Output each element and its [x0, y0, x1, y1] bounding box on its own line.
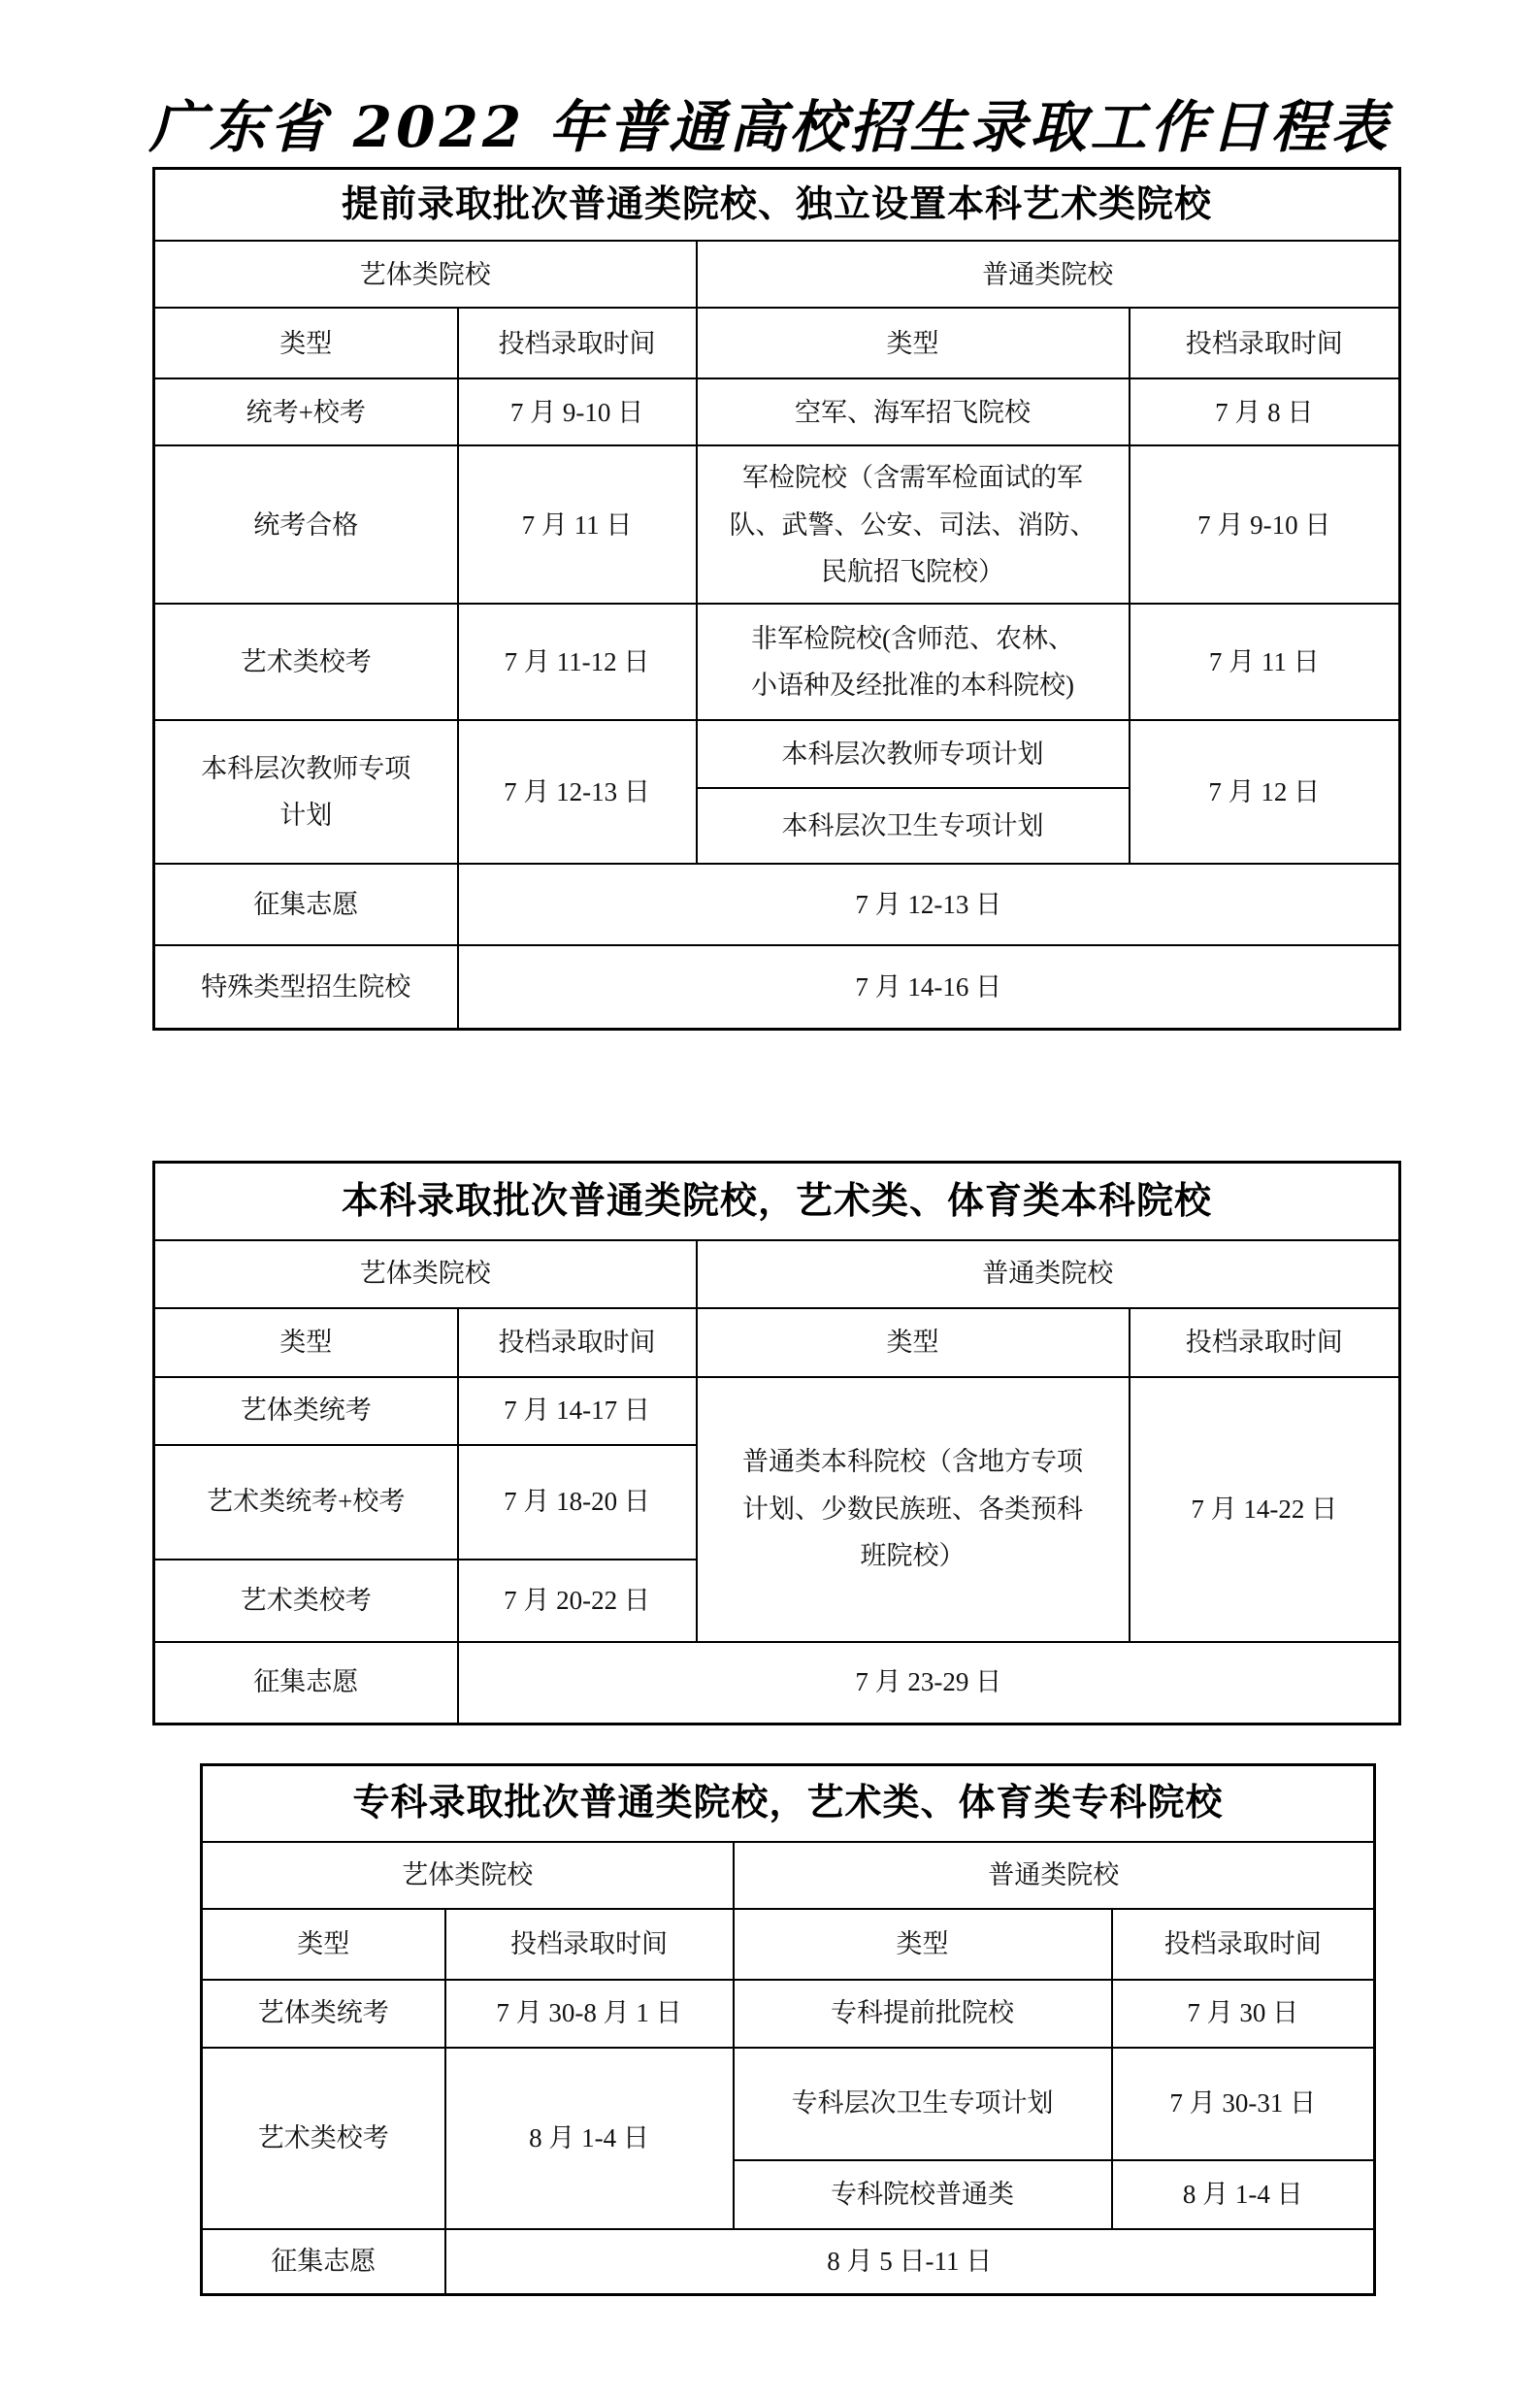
undergraduate-batch-table: 本科录取批次普通类院校，艺术类、体育类本科院校 艺体类院校 普通类院校 类型 投…: [152, 1161, 1401, 1725]
gen-type-cell: 专科提前批院校: [734, 1980, 1112, 2048]
col-header-time: 投档录取时间: [458, 308, 697, 378]
gen-time-cell: 7 月 30 日: [1112, 1980, 1375, 2048]
art-type-cell: 艺体类统考: [154, 1377, 458, 1445]
table-title: 专科录取批次普通类院校，艺术类、体育类专科院校: [202, 1765, 1375, 1842]
group-header-general: 普通类院校: [697, 1240, 1400, 1308]
special-type-label: 特殊类型招生院校: [154, 945, 458, 1029]
group-header-art: 艺体类院校: [154, 1240, 697, 1308]
col-header-type: 类型: [154, 308, 458, 378]
document-page: 广东省 2022 年普通高校招生录取工作日程表 提前录取批次普通类院校、独立设置…: [0, 0, 1540, 2398]
art-type-cell: 艺术类校考: [154, 1560, 458, 1642]
art-time-cell: 7 月 18-20 日: [458, 1445, 697, 1560]
art-type-cell: 艺术类校考: [202, 2048, 445, 2229]
gen-type-cell: 军检院校（含需军检面试的军 队、武警、公安、司法、消防、 民航招飞院校）: [697, 445, 1130, 604]
col-header-time: 投档录取时间: [458, 1308, 697, 1377]
call-volunteer-time: 7 月 12-13 日: [458, 864, 1400, 945]
col-header-time: 投档录取时间: [445, 1909, 734, 1980]
col-header-type: 类型: [734, 1909, 1112, 1980]
art-time-cell: 8 月 1-4 日: [445, 2048, 734, 2229]
col-header-type: 类型: [697, 308, 1130, 378]
art-time-cell: 7 月 11 日: [458, 445, 697, 604]
call-volunteer-label: 征集志愿: [154, 864, 458, 945]
gen-time-cell: 7 月 12 日: [1130, 720, 1400, 864]
art-type-cell: 艺体类统考: [202, 1980, 445, 2048]
junior-college-batch-table: 专科录取批次普通类院校，艺术类、体育类专科院校 艺体类院校 普通类院校 类型 投…: [200, 1763, 1376, 2296]
group-header-art: 艺体类院校: [154, 241, 697, 308]
table-title: 提前录取批次普通类院校、独立设置本科艺术类院校: [154, 169, 1400, 242]
call-volunteer-label: 征集志愿: [154, 1642, 458, 1725]
gen-type-cell: 普通类本科院校（含地方专项 计划、少数民族班、各类预科 班院校）: [697, 1377, 1130, 1642]
col-header-type: 类型: [697, 1308, 1130, 1377]
group-header-art: 艺体类院校: [202, 1842, 734, 1909]
special-type-time: 7 月 14-16 日: [458, 945, 1400, 1029]
art-type-cell: 艺术类校考: [154, 604, 458, 720]
gen-type-cell: 专科院校普通类: [734, 2160, 1112, 2229]
col-header-time: 投档录取时间: [1130, 308, 1400, 378]
gen-time-cell: 7 月 11 日: [1130, 604, 1400, 720]
art-time-cell: 7 月 30-8 月 1 日: [445, 1980, 734, 2048]
call-volunteer-time: 8 月 5 日-11 日: [445, 2229, 1375, 2295]
gen-time-cell: 7 月 9-10 日: [1130, 445, 1400, 604]
gen-type-cell: 本科层次卫生专项计划: [697, 788, 1130, 864]
art-type-cell: 本科层次教师专项 计划: [154, 720, 458, 864]
art-time-cell: 7 月 20-22 日: [458, 1560, 697, 1642]
art-time-cell: 7 月 11-12 日: [458, 604, 697, 720]
gen-type-cell: 空军、海军招飞院校: [697, 378, 1130, 445]
gen-type-cell: 专科层次卫生专项计划: [734, 2048, 1112, 2160]
early-batch-table: 提前录取批次普通类院校、独立设置本科艺术类院校 艺体类院校 普通类院校 类型 投…: [152, 167, 1401, 1031]
call-volunteer-label: 征集志愿: [202, 2229, 445, 2295]
col-header-time: 投档录取时间: [1112, 1909, 1375, 1980]
gen-time-cell: 8 月 1-4 日: [1112, 2160, 1375, 2229]
call-volunteer-time: 7 月 23-29 日: [458, 1642, 1400, 1725]
art-type-cell: 艺术类统考+校考: [154, 1445, 458, 1560]
group-header-general: 普通类院校: [697, 241, 1400, 308]
group-header-general: 普通类院校: [734, 1842, 1375, 1909]
col-header-type: 类型: [154, 1308, 458, 1377]
art-type-cell: 统考+校考: [154, 378, 458, 445]
gen-time-cell: 7 月 8 日: [1130, 378, 1400, 445]
page-title: 广东省 2022 年普通高校招生录取工作日程表: [0, 82, 1540, 163]
gen-time-cell: 7 月 30-31 日: [1112, 2048, 1375, 2160]
col-header-type: 类型: [202, 1909, 445, 1980]
table-title: 本科录取批次普通类院校，艺术类、体育类本科院校: [154, 1163, 1400, 1240]
art-time-cell: 7 月 12-13 日: [458, 720, 697, 864]
gen-type-cell: 本科层次教师专项计划: [697, 720, 1130, 788]
col-header-time: 投档录取时间: [1130, 1308, 1400, 1377]
art-type-cell: 统考合格: [154, 445, 458, 604]
art-time-cell: 7 月 9-10 日: [458, 378, 697, 445]
gen-time-cell: 7 月 14-22 日: [1130, 1377, 1400, 1642]
gen-type-cell: 非军检院校(含师范、农林、 小语种及经批准的本科院校): [697, 604, 1130, 720]
art-time-cell: 7 月 14-17 日: [458, 1377, 697, 1445]
